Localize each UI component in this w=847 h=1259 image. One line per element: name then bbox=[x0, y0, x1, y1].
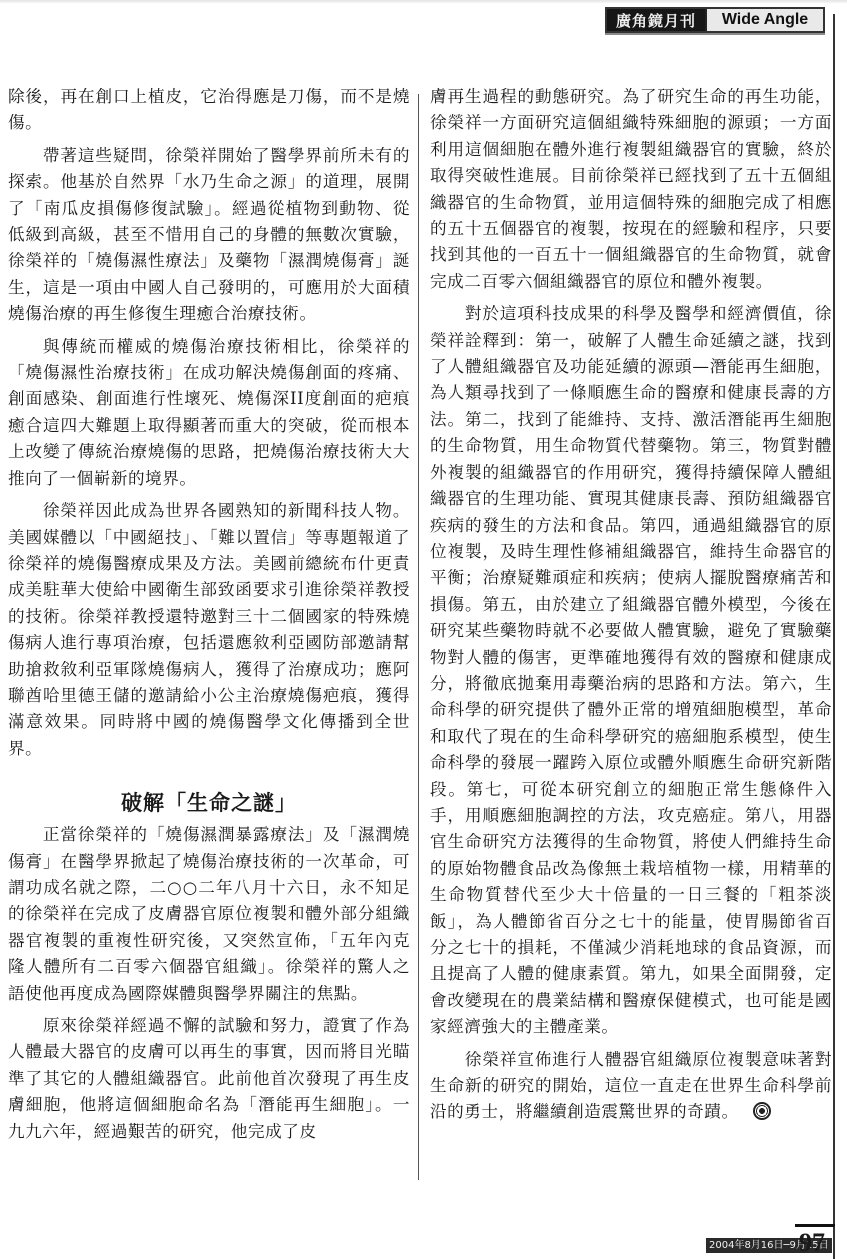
paragraph: 正當徐榮祥的「燒傷濕潤暴露療法」及「濕潤燒傷膏」在醫學界掀起了燒傷治療技術的一次… bbox=[8, 822, 410, 1007]
paragraph: 徐榮祥宣佈進行人體器官組織原位複製意味著對生命新的研究的開始，這位一直走在世界生… bbox=[430, 1047, 832, 1126]
paragraph: 徐榮祥因此成為世界各國熟知的新聞科技人物。美國媒體以「中國絕技」、「難以置信」等… bbox=[8, 498, 410, 762]
paragraph: 除後，再在創口上植皮，它治得應是刀傷，而不是燒傷。 bbox=[8, 84, 410, 137]
paragraph: 與傳統而權威的燒傷治療技術相比，徐榮祥的「燒傷濕性治療技術」在成功解決燒傷創面的… bbox=[8, 334, 410, 492]
paragraph: 對於這項科技成果的科學及醫學和經濟價值，徐榮祥詮釋到：第一，破解了人體生命延續之… bbox=[430, 301, 832, 1040]
right-column: 膚再生過程的動態研究。為了研究生命的再生功能，徐榮祥一方面研究這個組織特殊細胞的… bbox=[430, 84, 832, 1126]
column-divider bbox=[418, 94, 419, 1180]
magazine-title-zh: 廣角鏡月刊 bbox=[607, 9, 705, 31]
magazine-logo-icon bbox=[753, 1102, 771, 1120]
left-column: 除後，再在創口上植皮，它治得應是刀傷，而不是燒傷。 帶著這些疑問，徐榮祥開始了醫… bbox=[8, 84, 410, 1145]
paragraph: 原來徐榮祥經過不懈的試驗和努力，證實了作為人體最大器官的皮膚可以再生的事實，因而… bbox=[8, 1013, 410, 1145]
paragraph: 帶著這些疑問，徐榮祥開始了醫學界前所未有的探索。他基於自然界「水乃生命之源」的道… bbox=[8, 143, 410, 328]
masthead: 廣角鏡月刊 Wide Angle bbox=[605, 7, 825, 33]
page-edge-rule bbox=[833, 14, 835, 1259]
section-heading: 破解「生命之謎」 bbox=[8, 788, 410, 818]
page-number: 97 bbox=[799, 1229, 825, 1257]
paragraph-text: 徐榮祥宣佈進行人體器官組織原位複製意味著對生命新的研究的開始，這位一直走在世界生… bbox=[430, 1050, 832, 1122]
magazine-title-en: Wide Angle bbox=[705, 9, 823, 31]
paragraph: 膚再生過程的動態研究。為了研究生命的再生功能，徐榮祥一方面研究這個組織特殊細胞的… bbox=[430, 84, 832, 295]
top-rule bbox=[0, 0, 847, 3]
footer-rule bbox=[795, 1224, 835, 1227]
